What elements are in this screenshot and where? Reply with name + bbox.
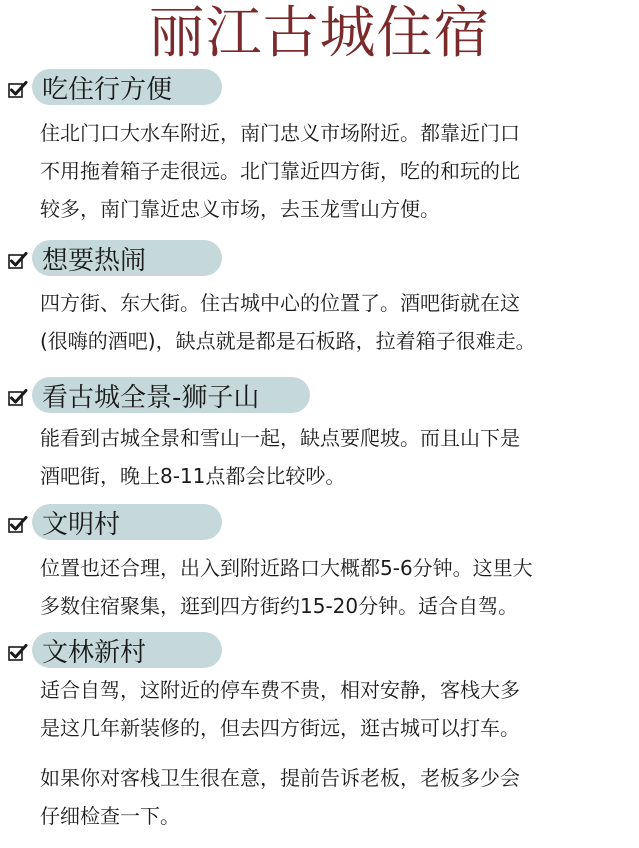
section-heading-label: 文明村 bbox=[32, 504, 222, 540]
section-heading-convenience: 吃住行方便 bbox=[8, 69, 222, 105]
section-body-lively: 四方街、东大街。住古城中心的位置了。酒吧街就在这 (很嗨的酒吧)，缺点就是都是石… bbox=[40, 284, 630, 360]
body-line: 不用拖着箱子走很远。北门靠近四方街，吃的和玩的比 bbox=[40, 152, 630, 190]
body-line: 多数住宿聚集，逛到四方街约15-20分钟。适合自驾。 bbox=[40, 587, 630, 625]
section-heading-wenming-village: 文明村 bbox=[8, 504, 222, 540]
body-line: 酒吧街，晚上8-11点都会比较吵。 bbox=[40, 457, 630, 495]
footer-note: 如果你对客栈卫生很在意，提前告诉老板，老板多少会 仔细检查一下。 bbox=[40, 759, 630, 835]
section-body-wenming-village: 位置也还合理，出入到附近路口大概都5-6分钟。这里大 多数住宿聚集，逛到四方街约… bbox=[40, 549, 630, 625]
section-heading-wenlin-new-village: 文林新村 bbox=[8, 632, 222, 668]
checkbox-checked-icon bbox=[8, 643, 26, 661]
section-body-lion-hill: 能看到古城全景和雪山一起，缺点要爬坡。而且山下是 酒吧街，晚上8-11点都会比较… bbox=[40, 419, 630, 495]
page-title: 丽江古城住宿 bbox=[0, 0, 639, 68]
body-line: 如果你对客栈卫生很在意，提前告诉老板，老板多少会 bbox=[40, 759, 630, 797]
body-line: 是这几年新装修的，但去四方街远，逛古城可以打车。 bbox=[40, 709, 630, 747]
checkbox-checked-icon bbox=[8, 388, 26, 406]
section-heading-label: 看古城全景-狮子山 bbox=[32, 377, 310, 413]
section-body-convenience: 住北门口大水车附近，南门忠义市场附近。都靠近门口 不用拖着箱子走很远。北门靠近四… bbox=[40, 114, 630, 228]
checkbox-checked-icon bbox=[8, 515, 26, 533]
body-line: 位置也还合理，出入到附近路口大概都5-6分钟。这里大 bbox=[40, 549, 630, 587]
body-line: 较多，南门靠近忠义市场，去玉龙雪山方便。 bbox=[40, 190, 630, 228]
checkbox-checked-icon bbox=[8, 80, 26, 98]
body-line: 仔细检查一下。 bbox=[40, 797, 630, 835]
body-line: (很嗨的酒吧)，缺点就是都是石板路，拉着箱子很难走。 bbox=[40, 322, 630, 360]
section-heading-lively: 想要热闹 bbox=[8, 240, 222, 276]
section-heading-label: 想要热闹 bbox=[32, 240, 222, 276]
body-line: 住北门口大水车附近，南门忠义市场附近。都靠近门口 bbox=[40, 114, 630, 152]
section-heading-lion-hill: 看古城全景-狮子山 bbox=[8, 377, 310, 413]
section-body-wenlin-new-village: 适合自驾，这附近的停车费不贵，相对安静，客栈大多 是这几年新装修的，但去四方街远… bbox=[40, 671, 630, 747]
body-line: 能看到古城全景和雪山一起，缺点要爬坡。而且山下是 bbox=[40, 419, 630, 457]
section-heading-label: 文林新村 bbox=[32, 632, 222, 668]
body-line: 四方街、东大街。住古城中心的位置了。酒吧街就在这 bbox=[40, 284, 630, 322]
body-line: 适合自驾，这附近的停车费不贵，相对安静，客栈大多 bbox=[40, 671, 630, 709]
checkbox-checked-icon bbox=[8, 251, 26, 269]
section-heading-label: 吃住行方便 bbox=[32, 69, 222, 105]
